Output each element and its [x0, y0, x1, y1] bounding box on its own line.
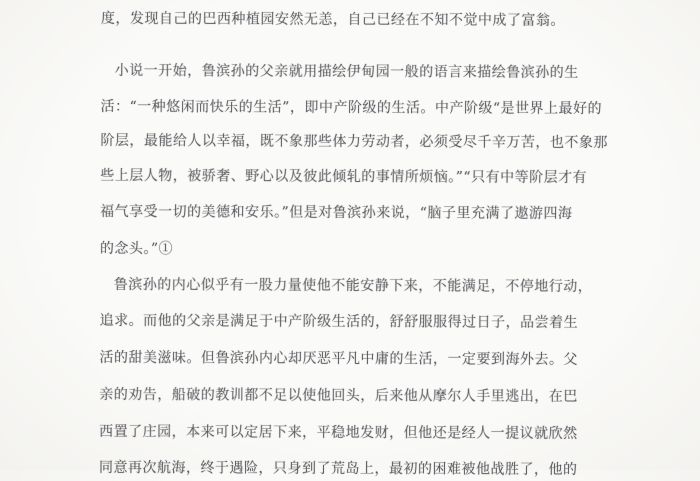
text-line-4: 阶层，最能给人以幸福，既不象那些体力劳动者，必须受尽千辛万苦，也不象那 — [100, 131, 630, 153]
text-line-1: 度，发现自己的巴西种植园安然无恙，自己已经在不知不觉中成了富翁。 — [101, 9, 631, 31]
text-line-3: 活：“一种悠闲而快乐的生活”，即中产阶级的生活。中产阶级“是世界上最好的 — [101, 97, 631, 119]
text-line-12: 西置了庄园，本来可以定居下来，平稳地发财，但他还是经人一提议就欣然 — [99, 422, 629, 444]
text-line-13: 同意再次航海，终于遇险，只身到了荒岛上，最初的困难被他战胜了，他的 — [99, 458, 629, 470]
page-text-block: 度，发现自己的巴西种植园安然无恙，自己已经在不知不觉中成了富翁。 小说一开始，鲁… — [0, 0, 700, 470]
text-line-8: 鲁滨孙的内心似乎有一股力量使他不能安静下来，不能满足，不停地行动， — [100, 275, 644, 297]
text-line-2: 小说一开始，鲁滨孙的父亲就用描绘伊甸园一般的语言来描绘鲁滨孙的生 — [101, 61, 645, 83]
text-line-11: 亲的劝告，船破的教训都不足以使他回头，后来他从摩尔人手里逃出，在巴 — [99, 385, 629, 407]
text-line-5: 些上层人物，被骄奢、野心以及彼此倾轧的事情所烦恼。”“只有中等阶层才有 — [100, 166, 630, 188]
text-line-6: 福气享受一切的美德和安乐。”但是对鲁滨孙来说，“脑子里充满了遨游四海 — [100, 202, 630, 224]
text-line-7: 的念头。”① — [100, 239, 630, 261]
scanned-page: 度，发现自己的巴西种植园安然无恙，自己已经在不知不觉中成了富翁。 小说一开始，鲁… — [0, 0, 700, 470]
text-line-9: 追求。而他的父亲是满足于中产阶级生活的，舒舒服服得过日子，品尝着生 — [100, 311, 630, 333]
text-line-10: 活的甜美滋味。但鲁滨孙内心却厌恶平凡中庸的生活，一定要到海外去。父 — [99, 348, 629, 370]
